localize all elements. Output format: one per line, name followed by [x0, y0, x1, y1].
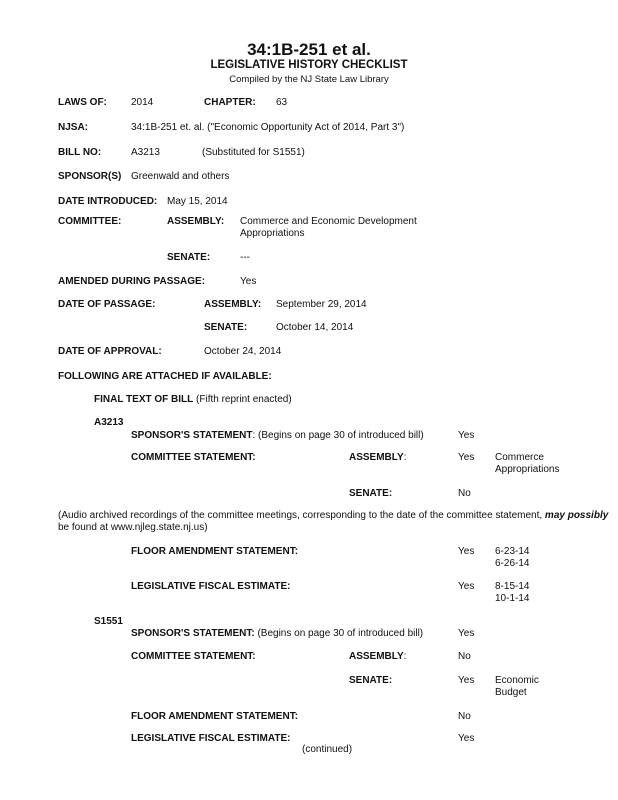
final-text-label: FINAL TEXT OF BILL — [94, 394, 193, 405]
audio-note-line1: (Audio archived recordings of the commit… — [58, 510, 608, 521]
bill-no-value: A3213 — [131, 147, 160, 158]
committee-assembly-label: ASSEMBLY: — [167, 216, 224, 227]
date-introduced-value: May 15, 2014 — [167, 196, 228, 207]
date-passage-label: DATE OF PASSAGE: — [58, 299, 155, 310]
a3213-committee-label: COMMITTEE STATEMENT: — [131, 452, 256, 463]
s1551-assembly-label: ASSEMBLY — [349, 651, 404, 662]
s1551-fiscal-value: Yes — [458, 733, 474, 744]
committee-label: COMMITTEE: — [58, 216, 121, 227]
audio-note-text: (Audio archived recordings of the commit… — [58, 510, 545, 521]
date-introduced-label: DATE INTRODUCED: — [58, 196, 157, 207]
a3213-assembly-label: ASSEMBLY — [349, 452, 404, 463]
s1551-assembly-value: No — [458, 651, 471, 662]
a3213-floor-value: Yes — [458, 546, 474, 557]
s1551-assembly-row: ASSEMBLY: — [349, 651, 406, 662]
s1551-committee-label: COMMITTEE STATEMENT: — [131, 651, 256, 662]
s1551-sponsor-label: SPONSOR'S STATEMENT: — [131, 628, 255, 639]
passage-assembly-label: ASSEMBLY: — [204, 299, 261, 310]
continued-note: (continued) — [302, 744, 352, 755]
amended-value: Yes — [240, 276, 256, 287]
njsa-label: NJSA: — [58, 122, 88, 133]
s1551-sponsor-row: SPONSOR'S STATEMENT: (Begins on page 30 … — [131, 628, 423, 639]
s1551-bill-label: S1551 — [94, 616, 123, 627]
chapter-value: 63 — [276, 97, 287, 108]
committee-assembly-line1: Commerce and Economic Development — [240, 216, 417, 227]
document-subtitle: LEGISLATIVE HISTORY CHECKLIST — [0, 59, 618, 71]
a3213-sponsor-value: Yes — [458, 430, 474, 441]
njsa-value: 34:1B-251 et. al. ("Economic Opportunity… — [131, 122, 404, 133]
date-approval-label: DATE OF APPROVAL: — [58, 346, 162, 357]
a3213-assembly-committee-1: Commerce — [495, 452, 544, 463]
a3213-assembly-row: ASSEMBLY: — [349, 452, 406, 463]
a3213-sponsor-label: SPONSOR'S STATEMENT — [131, 430, 252, 441]
s1551-floor-value: No — [458, 711, 471, 722]
a3213-senate-value: No — [458, 488, 471, 499]
compiled-by: Compiled by the NJ State Law Library — [0, 74, 618, 85]
committee-assembly-line2: Appropriations — [240, 228, 304, 239]
s1551-senate-value: Yes — [458, 675, 474, 686]
sponsor-value: Greenwald and others — [131, 171, 229, 182]
s1551-senate-label: SENATE: — [349, 675, 392, 686]
a3213-sponsor-note: : (Begins on page 30 of introduced bill) — [252, 430, 423, 441]
a3213-assembly-colon: : — [404, 452, 407, 463]
s1551-sponsor-value: Yes — [458, 628, 474, 639]
chapter-label: CHAPTER: — [204, 97, 256, 108]
laws-of-label: LAWS OF: — [58, 97, 107, 108]
committee-senate-value: --- — [240, 252, 250, 263]
a3213-floor-date-2: 6-26-14 — [495, 558, 529, 569]
s1551-sponsor-note: (Begins on page 30 of introduced bill) — [255, 628, 423, 639]
passage-senate-value: October 14, 2014 — [276, 322, 353, 333]
a3213-floor-date-1: 6-23-14 — [495, 546, 529, 557]
date-approval-value: October 24, 2014 — [204, 346, 281, 357]
sponsor-label: SPONSOR(S) — [58, 171, 121, 182]
a3213-fiscal-value: Yes — [458, 581, 474, 592]
bill-no-label: BILL NO: — [58, 147, 101, 158]
a3213-fiscal-date-2: 10-1-14 — [495, 593, 529, 604]
s1551-senate-committee-2: Budget — [495, 687, 527, 698]
a3213-assembly-value: Yes — [458, 452, 474, 463]
a3213-fiscal-date-1: 8-15-14 — [495, 581, 529, 592]
s1551-fiscal-label: LEGISLATIVE FISCAL ESTIMATE: — [131, 733, 290, 744]
a3213-floor-label: FLOOR AMENDMENT STATEMENT: — [131, 546, 298, 557]
audio-note-line2: be found at www.njleg.state.nj.us) — [58, 522, 208, 533]
final-text-note: (Fifth reprint enacted) — [196, 394, 292, 405]
amended-label: AMENDED DURING PASSAGE: — [58, 276, 205, 287]
laws-of-value: 2014 — [131, 97, 153, 108]
passage-assembly-value: September 29, 2014 — [276, 299, 367, 310]
bill-no-note: (Substituted for S1551) — [202, 147, 305, 158]
a3213-bill-label: A3213 — [94, 417, 123, 428]
s1551-floor-label: FLOOR AMENDMENT STATEMENT: — [131, 711, 298, 722]
s1551-assembly-colon: : — [404, 651, 407, 662]
committee-senate-label: SENATE: — [167, 252, 210, 263]
a3213-fiscal-label: LEGISLATIVE FISCAL ESTIMATE: — [131, 581, 290, 592]
passage-senate-label: SENATE: — [204, 322, 247, 333]
a3213-sponsor-row: SPONSOR'S STATEMENT: (Begins on page 30 … — [131, 430, 424, 441]
s1551-senate-committee-1: Economic — [495, 675, 539, 686]
audio-note-emphasis: may possibly — [545, 510, 608, 521]
document-title: 34:1B-251 et al. — [0, 40, 618, 60]
a3213-assembly-committee-2: Appropriations — [495, 464, 559, 475]
a3213-senate-label: SENATE: — [349, 488, 392, 499]
final-text-row: FINAL TEXT OF BILL (Fifth reprint enacte… — [94, 394, 292, 405]
attached-heading: FOLLOWING ARE ATTACHED IF AVAILABLE: — [58, 371, 272, 382]
